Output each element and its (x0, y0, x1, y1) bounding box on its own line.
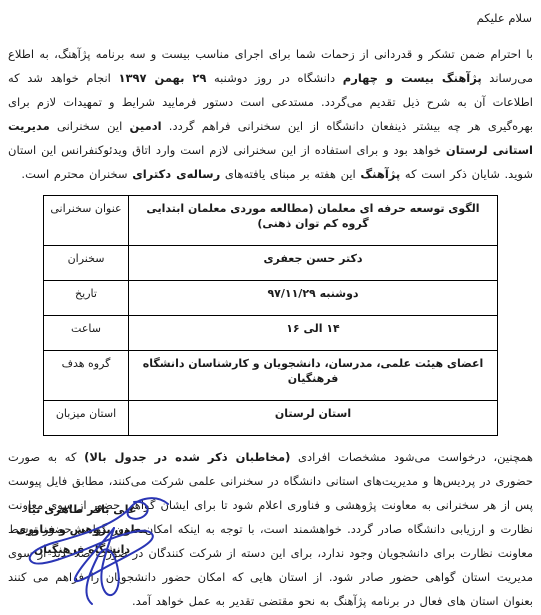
speaker-value: دکتر حسن جعفری (129, 246, 498, 281)
table-row: ۱۴ الی ۱۶ ساعت (44, 316, 498, 351)
target-group-label: گروه هدف (44, 351, 129, 401)
speaker-label: سخنران (44, 246, 129, 281)
host-province-value: استان لرستان (129, 401, 498, 436)
time-label: ساعت (44, 316, 129, 351)
table-row: دکتر حسن جعفری سخنران (44, 246, 498, 281)
date-value: دوشنبه ۹۷/۱۱/۲۹ (129, 281, 498, 316)
table-row: اعضای هیئت علمی، مدرسان، دانشجویان و کار… (44, 351, 498, 401)
time-value: ۱۴ الی ۱۶ (129, 316, 498, 351)
lecture-title-label: عنوان سخنرانی (44, 196, 129, 246)
table-row: الگوی توسعه حرفه ای معلمان (مطالعه موردی… (44, 196, 498, 246)
letter-page: سلام علیکم با احترام ضمن تشکر و قدردانی … (0, 0, 541, 615)
intro-paragraph: با احترام ضمن تشکر و قدردانی از زحمات شم… (8, 42, 533, 186)
lecture-info-table: الگوی توسعه حرفه ای معلمان (مطالعه موردی… (43, 195, 498, 436)
greeting: سلام علیکم (7, 10, 532, 26)
host-province-label: استان میزبان (44, 401, 129, 436)
signature-block: علی باقر طاهری نیا معاون پژوهش و فناوری … (6, 500, 158, 560)
signer-org: دانشگاه فرهنگیان (6, 540, 158, 560)
date-label: تاریخ (44, 281, 129, 316)
signer-name: علی باقر طاهری نیا (6, 500, 158, 520)
table-row: دوشنبه ۹۷/۱۱/۲۹ تاریخ (44, 281, 498, 316)
target-group-value: اعضای هیئت علمی، مدرسان، دانشجویان و کار… (129, 351, 498, 401)
lecture-title-value: الگوی توسعه حرفه ای معلمان (مطالعه موردی… (129, 196, 498, 246)
table-row: استان لرستان استان میزبان (44, 401, 498, 436)
signer-title: معاون پژوهش و فناوری (6, 520, 158, 540)
